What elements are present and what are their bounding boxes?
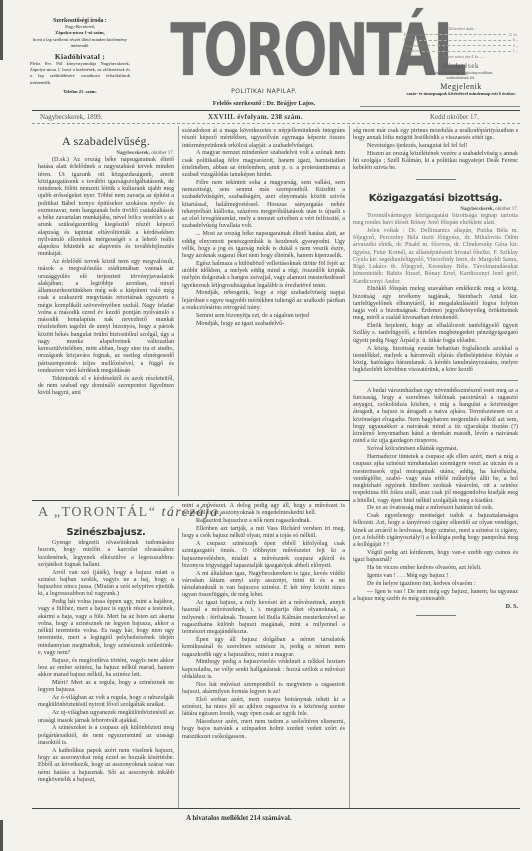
- feuilleton-paragraph: Az uj-világban ugyanezek megkülönbözteté…: [38, 710, 174, 725]
- article-paragraph: Torontálvármegye közigazgatási bizottság…: [353, 213, 518, 228]
- editorial-office-box: Szerkesztőségi iroda : Nagy-Becskerek, Z…: [30, 18, 130, 95]
- article-paragraph: Elnöklő főispán meleg szavakban emlékezi…: [353, 286, 518, 322]
- feuilleton-paragraph: Pedig hát volna jussa éppen ugy, mint a …: [38, 599, 174, 657]
- masthead-rule: [32, 110, 520, 111]
- article-paragraph: ... Most az ország béke napsugarainak él…: [182, 231, 345, 260]
- feuilleton-paragraph: A csupasz szinészajk épen ebből kifolyól…: [182, 541, 345, 570]
- phone-number: Telefon 21. szám.: [30, 89, 130, 95]
- feuilleton-paragraph: Ellenben azt tartják, a mit Vass Richárd…: [182, 526, 345, 541]
- feuilleton-paragraph: Bajusz, és megfordítva történt, vagyis n…: [38, 658, 174, 680]
- appears-heading: Megjelenik: [404, 82, 518, 91]
- article-dateline: Nagybecskerek, október 17.: [353, 206, 518, 213]
- newspaper-page: Szerkesztőségi iroda : Nagy-Becskerek, Z…: [0, 0, 532, 851]
- publisher-text: Pleitz Fer. Pál könyvnyomdája Nagybecske…: [30, 61, 130, 86]
- article-column-2: századokon át a maga következetes s népj…: [182, 128, 345, 329]
- feuilleton-paragraph: Minthogy pedig a bajuszviselés védelmét …: [182, 659, 345, 681]
- article-paragraph: Tekintsünk el e kérdésektől és azok rész…: [38, 376, 174, 398]
- feuilleton-paragraph: mint a művészet. A dolog pedig agy áll, …: [182, 503, 345, 518]
- column-divider: [178, 126, 179, 496]
- section-divider: [416, 615, 456, 616]
- article-paragraph: Hiszen az ország közélétének vezére a sz…: [353, 151, 518, 173]
- dateline-day: Kedd október 17.: [430, 113, 479, 121]
- feuilleton-header-prefix: A „TORONTÁL“: [38, 505, 156, 520]
- supplement-note: A hivatalos melléklet 214 számával.: [186, 814, 292, 822]
- footer-rule: [32, 808, 520, 809]
- feuilleton-paragraph: Az igazi bajusz, a mily kevéset árt a mű…: [182, 600, 345, 636]
- newspaper-title: TORONTÁL: [170, 16, 357, 84]
- article-paragraph: Semmi sem bizonyitja ezt, de a rágalom t…: [182, 313, 345, 320]
- article-column-3: ség most már csak egy pirinus mozdulás a…: [353, 128, 518, 616]
- single-copy-price: — Egyes szám ára 4 kr. —: [404, 54, 518, 60]
- article-paragraph: Az érlelődő tervek közül nem egy megvaló…: [38, 259, 174, 375]
- feuilleton-paragraph: Végül pedig azt kérdezem, hogy van-e sze…: [353, 550, 518, 565]
- author-signature: D. S.: [353, 604, 518, 611]
- scan-edge-mark: [0, 820, 3, 851]
- article-title: Közigazgatási bizottság.: [353, 192, 518, 205]
- feuilleton-title: Szinészbajusz.: [38, 526, 174, 539]
- article-dateline: Nagybecskerek, október 17.: [38, 150, 174, 157]
- feuilleton-paragraph: Ha ön vicces ember kedves olvasóm, azt f…: [353, 565, 518, 572]
- column-divider: [349, 126, 350, 808]
- feuilleton-paragraph: Igenis van ! . . . Még egy bajusz !: [353, 573, 518, 580]
- feuilleton-column-2: mint a művészet. A dolog pedig agy áll, …: [182, 503, 345, 742]
- article-paragraph: A közig. bizottság ezután behatóan fogla…: [353, 346, 518, 375]
- feuilleton-paragraph: Másodszor azért, mert nem tudom a szélső…: [182, 719, 345, 741]
- feuilleton-paragraph: Az ó-világban az volt a regula, hogy a r…: [38, 695, 174, 710]
- article-paragraph: A magyar nemzet mindenkor szabadelvü vol…: [182, 150, 345, 179]
- feuilleton-paragraph: De én helyre igazitom önt, kedves olvasó…: [353, 581, 518, 588]
- feuilleton-paragraph: A katholikus papok azért nem viselnek ba…: [38, 748, 174, 784]
- appears-text: vasár- és ünnepnapok kivételével mindenn…: [404, 91, 518, 97]
- article-paragraph: Nevetséges ijedezés, karagutat fel fel f…: [353, 143, 518, 150]
- ads-heading: Hirdetések: [404, 62, 518, 70]
- feuilleton-paragraph: — Igen is van ! De nem még egy bajusz, h…: [353, 589, 518, 604]
- scan-edge-mark: [0, 0, 3, 60]
- feuilleton-paragraph: Arról van szó (játék), hogy a bajusz mia…: [38, 570, 174, 599]
- article-paragraph: Mondják, hogy az igazi szabadelvű-: [182, 321, 345, 328]
- feuilleton-paragraph: Miért? Mert az a regula, hogy a szinészn…: [38, 680, 174, 695]
- dateline-rule: [32, 123, 520, 124]
- feuilleton-paragraph: Gyenge idegzetü olvasóinknak tudomására …: [38, 540, 174, 569]
- publisher-heading: Kiadóhivatal :: [30, 52, 130, 61]
- dateline-volume: XXVIII. évfolyam. 238 szám.: [208, 113, 303, 121]
- article-column-1: A szabadelvűség. Nagybecskerek, október …: [38, 128, 174, 398]
- feuilleton-paragraph: De ez az óvatosság már a művészet határá…: [353, 505, 518, 512]
- article-paragraph: Jelen voltak : Dr. Dellimanics alispán, …: [353, 228, 518, 286]
- feuilleton-paragraph: A budai várszinházban egy növendékszinés…: [353, 388, 518, 446]
- article-paragraph: ség most már csak egy pirinus mozdulás a…: [353, 128, 518, 143]
- feuilleton-paragraph: Első sorban azért, mert csunya botrányna…: [182, 697, 345, 719]
- article-paragraph: Mondják, rebesgetik, hogy a régi szabade…: [182, 290, 345, 312]
- feuilleton-paragraph: Nos hát művészi szempontból is megvetem …: [182, 682, 345, 697]
- feuilleton-paragraph: A mi általában igaz, Nagybecskereken is …: [182, 571, 345, 600]
- newspaper-subtitle: POLITIKAI NAPILAP.: [134, 88, 394, 95]
- article-paragraph: századokon át a maga következetes s népj…: [182, 128, 345, 150]
- feuilleton-rule: [32, 500, 350, 501]
- price-period: Egy hóra: [404, 48, 420, 54]
- editorial-note: hová a lap szellemi részét illető minden…: [30, 37, 130, 49]
- dateline-place-year: Nagybecskerek, 1899.: [40, 113, 102, 121]
- section-divider: [353, 380, 518, 381]
- ads-text: a kiadóhivatalban legjutányosabbanszámít…: [404, 70, 518, 81]
- article-paragraph: (D.sk.) Az ország béke napsugarainak élt…: [38, 157, 174, 259]
- editor-line: Felelős szerkesztő : Dr. Brájjer Lajos.: [134, 100, 394, 107]
- article-paragraph: Elnök bejelenti, hogy az elhalálozott ta…: [353, 323, 518, 345]
- section-divider: [416, 179, 456, 180]
- feuilleton-paragraph: Harmadszor tüntetek a csupasz ajk ellen …: [353, 454, 518, 505]
- article-paragraph: Egész halmaza a hülöuböző velleitásoknak…: [182, 261, 345, 290]
- feuilleton-paragraph: Épen ugy áll bajusz dolgában a német tár…: [182, 637, 345, 659]
- feuilleton-paragraph: Csak egyetlenegy mentséget tudok a bajus…: [353, 513, 518, 549]
- feuilleton-paragraph: A szinészeket is a csupasz ajk különbözt…: [38, 725, 174, 747]
- column-divider: [178, 528, 179, 808]
- feuilleton-paragraph: Ragasztott bajuszhoz a nők nem ragaszkod…: [182, 518, 345, 525]
- article-paragraph: Félre nem tekintett soha a magyarság, se…: [182, 180, 345, 231]
- article-title: A szabadelvűség.: [38, 134, 174, 149]
- masthead-rule-right: [360, 106, 520, 107]
- subscription-box: Előfizetési árak : Egész évre12 kr. Félé…: [404, 26, 518, 96]
- feuilleton-column-1: Szinészbajusz. Gyenge idegzetü olvasóink…: [38, 524, 174, 785]
- price-value: 1 „: [513, 48, 518, 54]
- feuilleton-paragraph: Szóval kölcsönösen ellátták egymást.: [353, 446, 518, 453]
